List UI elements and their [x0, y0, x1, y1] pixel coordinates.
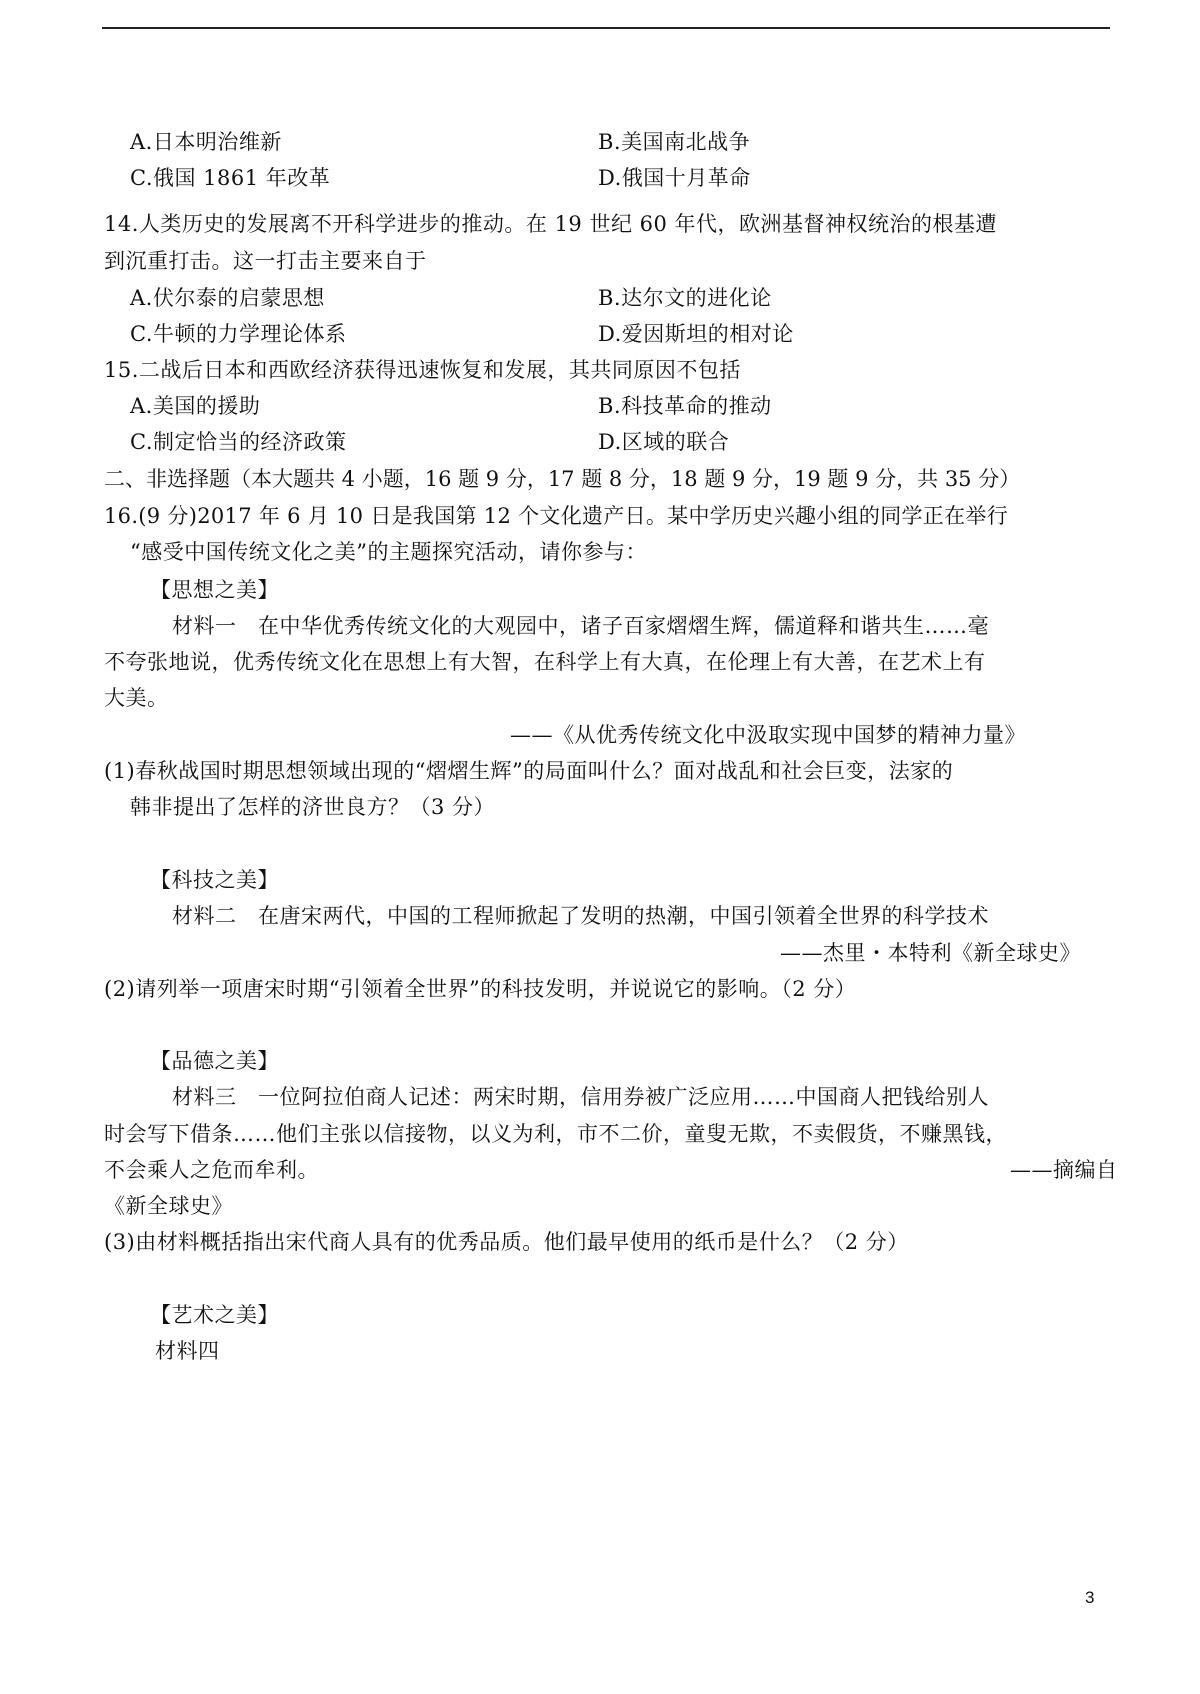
material-two: 材料二 在唐宋两代，中国的工程师掀起了发明的热潮，中国引领着全世界的科学技术 — [172, 902, 989, 930]
q15-option-d: D.区域的联合 — [598, 428, 729, 456]
q13-option-a: A.日本明治维新 — [130, 128, 282, 156]
section-tag-virtue: 【品德之美】 — [150, 1047, 279, 1075]
q15-option-b: B.科技革命的推动 — [598, 392, 772, 420]
material-four: 材料四 — [155, 1337, 220, 1365]
material-one-source: ——《从优秀传统文化中汲取实现中国梦的精神力量》 — [510, 721, 1026, 749]
question-1-line2: 韩非提出了怎样的济世良方？（3 分） — [130, 793, 495, 821]
q14-option-b: B.达尔文的进化论 — [598, 284, 772, 312]
q16-intro-line1: 16.(9 分)2017 年 6 月 10 日是我国第 12 个文化遗产日。某中… — [104, 502, 1008, 530]
section-tag-thought: 【思想之美】 — [150, 576, 279, 604]
material-three-source-part2: 《新全球史》 — [104, 1192, 233, 1220]
material-one-line3: 大美。 — [104, 684, 169, 712]
question-2: (2)请列举一项唐宋时期“引领着全世界”的科技发明，并说说它的影响。（2 分） — [104, 975, 856, 1003]
section2-heading: 二、非选择题（本大题共 4 小题，16 题 9 分，17 题 8 分，18 题 … — [104, 465, 1020, 493]
q14-option-c: C.牛顿的力学理论体系 — [130, 320, 347, 348]
q13-option-c: C.俄国 1861 年改革 — [130, 164, 330, 192]
question-1-line1: (1)春秋战国时期思想领域出现的“熠熠生辉”的局面叫什么？面对战乱和社会巨变，法… — [104, 757, 953, 785]
material-three-line3: 不会乘人之危而牟利。 — [104, 1156, 319, 1184]
material-three-source-part1: ——摘编自 — [1010, 1156, 1118, 1184]
section-tag-tech: 【科技之美】 — [150, 866, 279, 894]
page-number: 3 — [1085, 1588, 1094, 1608]
q14-option-a: A.伏尔泰的启蒙思想 — [130, 284, 325, 312]
q13-option-d: D.俄国十月革命 — [598, 164, 751, 192]
q14-stem-line1: 14.人类历史的发展离不开科学进步的推动。在 19 世纪 60 年代，欧洲基督神… — [104, 210, 997, 238]
section-tag-art: 【艺术之美】 — [150, 1301, 279, 1329]
q13-option-b: B.美国南北战争 — [598, 128, 750, 156]
header-rule — [102, 27, 1110, 29]
q16-intro-line2: “感受中国传统文化之美”的主题探究活动，请你参与： — [130, 538, 647, 566]
material-one-line1: 材料一 在中华优秀传统文化的大观园中，诸子百家熠熠生辉，儒道释和谐共生……毫 — [172, 612, 989, 640]
question-3: (3)由材料概括指出宋代商人具有的优秀品质。他们最早使用的纸币是什么？（2 分） — [104, 1228, 909, 1256]
material-three-line1: 材料三 一位阿拉伯商人记述：两宋时期，信用券被广泛应用……中国商人把钱给别人 — [172, 1083, 989, 1111]
q15-option-c: C.制定恰当的经济政策 — [130, 428, 347, 456]
q15-option-a: A.美国的援助 — [130, 392, 260, 420]
material-three-line2: 时会写下借条……他们主张以信接物，以义为利，市不二价，童叟无欺，不卖假货，不赚黑… — [104, 1120, 1007, 1148]
material-two-source: ——杰里・本特利《新全球史》 — [780, 939, 1081, 967]
q15-stem: 15.二战后日本和西欧经济获得迅速恢复和发展，其共同原因不包括 — [104, 356, 741, 384]
q14-option-d: D.爱因斯坦的相对论 — [598, 320, 794, 348]
material-one-line2: 不夸张地说，优秀传统文化在思想上有大智，在科学上有大真，在伦理上有大善，在艺术上… — [104, 648, 986, 676]
q14-stem-line2: 到沉重打击。这一打击主要来自于 — [104, 247, 427, 275]
